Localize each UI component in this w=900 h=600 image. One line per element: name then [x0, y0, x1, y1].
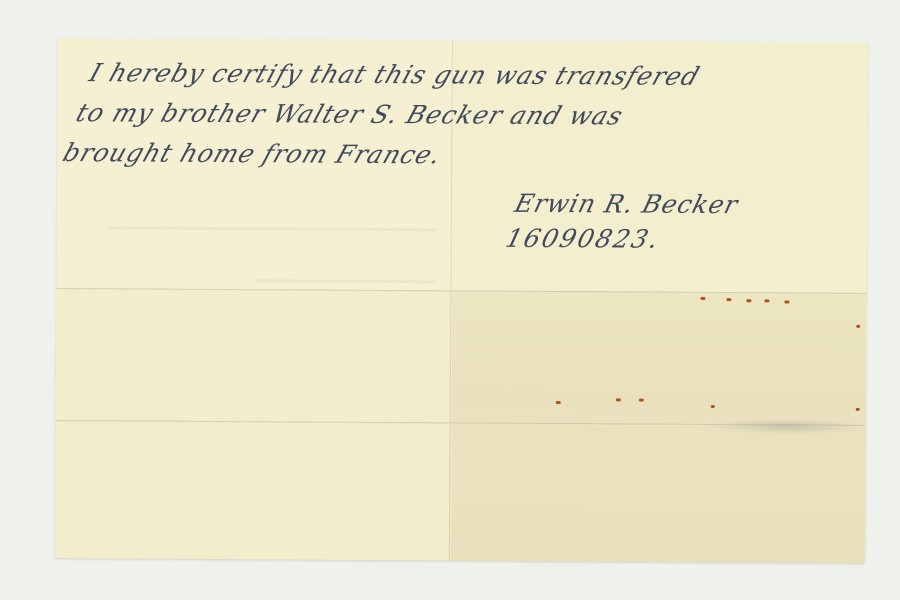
- signature-name: Erwin R. Becker: [512, 189, 742, 219]
- rust-spot: [616, 398, 621, 401]
- service-number: 16090823.: [503, 224, 733, 254]
- paper-panel-bottom-left: [55, 288, 451, 560]
- rust-spot: [639, 399, 644, 402]
- rust-spot: [556, 401, 561, 404]
- signature-block: Erwin R. Becker 16090823.: [503, 189, 742, 254]
- rust-spot: [746, 299, 751, 302]
- rust-spot: [700, 297, 705, 300]
- rust-spot: [764, 299, 769, 302]
- body-line: to my brother Walter S. Becker and was: [73, 98, 628, 130]
- rust-spot: [856, 325, 860, 328]
- body-line: I hereby certify that this gun was trans…: [86, 58, 704, 91]
- rust-spot: [726, 298, 731, 301]
- letter-paper: I hereby certify that this gun was trans…: [55, 38, 868, 563]
- rust-spot: [856, 408, 860, 411]
- body-line: brought home from France.: [59, 138, 445, 169]
- rust-spot: [711, 405, 715, 408]
- rust-spot: [784, 300, 789, 303]
